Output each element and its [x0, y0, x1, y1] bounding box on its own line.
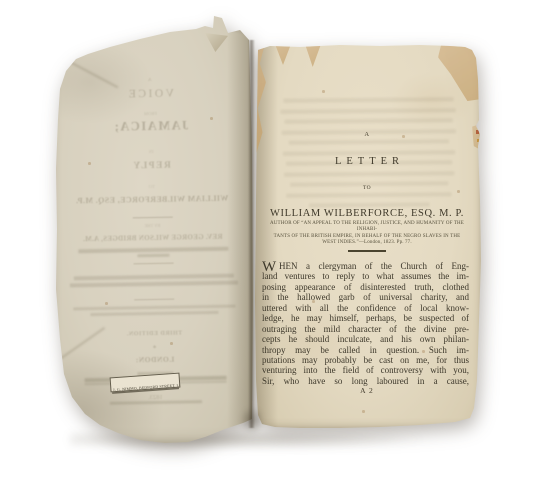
citation-line-1: AUTHOR OF “AN APPEAL TO THE RELIGION, JU… — [260, 221, 474, 234]
show-through-line — [283, 97, 453, 102]
body-line: putations may probably be cast on me, fo… — [262, 355, 469, 365]
citation-block: AUTHOR OF “AN APPEAL TO THE RELIGION, JU… — [260, 221, 474, 247]
paper-fleck — [476, 130, 479, 134]
right-page: A LETTER TO WILLIAM WILBERFORCE, ESQ. M.… — [252, 40, 482, 430]
foxing-dot — [422, 350, 425, 353]
show-through-line — [287, 192, 452, 197]
body-line: uttered with all the confidence of local… — [262, 303, 469, 313]
ghost-half-title-a: A — [57, 76, 242, 84]
ghost-illegible-line — [78, 247, 228, 253]
ghost-illegible-printer-line — [110, 400, 202, 405]
body-line: Sir, who have so long laboured in a caus… — [262, 376, 469, 386]
ghost-illegible-quote-line — [74, 274, 234, 280]
show-through-line — [289, 139, 449, 144]
half-title-a: A — [260, 131, 474, 138]
body-line: venturing into the field of controversy … — [262, 365, 469, 375]
ghost-rule — [133, 217, 173, 219]
photo-background: A VOICE FROM JAMAICA; IN REPLY TO WILLIA… — [0, 0, 533, 482]
to-label: TO — [260, 185, 474, 191]
ghost-illegible-quote-line — [70, 281, 238, 287]
foxing-dot — [362, 410, 365, 413]
ghost-printer-ornament: ◆ — [62, 342, 247, 351]
ghost-in-label: IN — [59, 147, 244, 155]
ghost-author: REV. GEORGE WILSON BRIDGES, A.M. — [60, 232, 245, 243]
ghost-rule — [134, 263, 174, 265]
citation-line-3: WEST INDIES.”—London, 1823. Pp. 77. — [260, 240, 474, 246]
foxing-dot — [402, 135, 405, 138]
book-gutter-seam — [248, 40, 255, 428]
left-page: A VOICE FROM JAMAICA; IN REPLY TO WILLIA… — [50, 12, 255, 447]
ghost-rule — [134, 299, 174, 301]
show-through-line — [281, 108, 456, 114]
foxing-dot — [88, 162, 91, 165]
addressee-line: WILLIAM WILBERFORCE, ESQ. M. P. — [260, 208, 474, 219]
ghost-title-jamaica: JAMAICA; — [58, 117, 243, 135]
show-through-line — [285, 118, 453, 123]
show-through-line — [283, 150, 455, 156]
show-through-line — [284, 171, 454, 176]
gutter-bottom-shadow — [240, 406, 264, 434]
ghost-by-the: BY THE — [60, 221, 245, 229]
body-line: ledge, he may himself, perhaps, be suspe… — [262, 313, 469, 323]
top-edge-stain — [305, 44, 321, 67]
foxing-dot — [312, 300, 315, 303]
ghost-reply-label: REPLY — [59, 159, 244, 172]
foxing-dot — [210, 117, 213, 120]
ghost-illegible-line — [73, 305, 235, 311]
foxing-dot — [105, 302, 108, 305]
top-edge-stain — [275, 44, 291, 65]
body-line: HEN a clergyman of the Church of Eng- — [262, 261, 469, 271]
foxing-dot — [170, 342, 173, 345]
body-line: land ventures to reply to what assumes t… — [262, 271, 469, 281]
ghost-illegible-line — [137, 254, 169, 258]
ghost-illegible-line — [90, 311, 218, 316]
body-line: in the hallowed garb of universal charit… — [262, 292, 469, 302]
body-line: outraging the mild character of the divi… — [262, 324, 469, 334]
paper-fleck — [477, 139, 480, 142]
heading-rule — [348, 250, 386, 252]
ghost-to-label: TO — [59, 182, 244, 190]
body-line: cepts he should inculcate, and his own p… — [262, 334, 469, 344]
corner-stain — [438, 44, 480, 104]
foxing-dot — [457, 190, 460, 193]
ghost-addressee: WILLIAM WILBERFORCE, ESQ. M.P. — [59, 193, 244, 205]
ghost-imprint-london: LONDON: — [62, 353, 247, 365]
body-paragraph: HEN a clergyman of the Church of Eng- la… — [262, 261, 469, 386]
ghost-title-voice: VOICE — [58, 86, 243, 101]
ghost-from-label: FROM — [58, 109, 243, 117]
page-title-letter: LETTER — [260, 156, 474, 167]
ghost-edition: THIRD EDITION. — [62, 329, 247, 338]
foxing-dot — [322, 90, 325, 93]
show-through-line — [309, 202, 429, 207]
body-line: thropy may be called in question. Such i… — [262, 345, 469, 355]
signature-mark: A 2 — [260, 386, 474, 395]
open-book: A VOICE FROM JAMAICA; IN REPLY TO WILLIA… — [0, 0, 533, 482]
body-line: posing appearance of disinterested truth… — [262, 282, 469, 292]
